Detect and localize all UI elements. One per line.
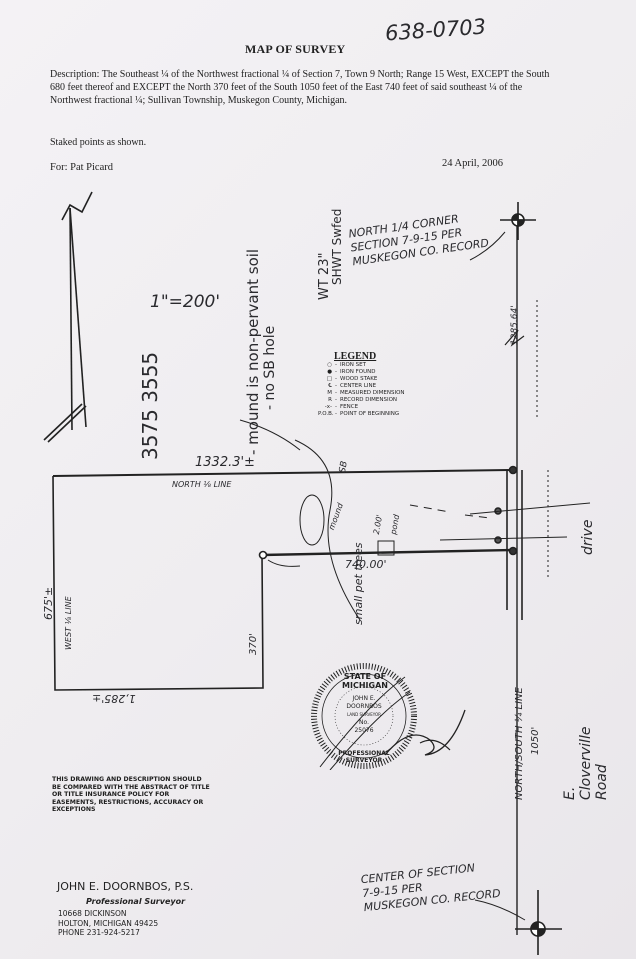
legend: LEGEND ○-IRON SET ●-IRON FOUND □-WOOD ST… xyxy=(318,353,405,418)
legend-item: ○-IRON SET xyxy=(318,362,405,369)
address-line-1: 10668 DICKINSON xyxy=(58,909,158,919)
surveyor-title: Professional Surveyor xyxy=(86,897,185,906)
inner-east-dimension: 370' xyxy=(248,633,259,655)
legend-item: ●-IRON FOUND xyxy=(318,369,405,376)
west-line-dimension: 675'± xyxy=(42,587,55,620)
surveyor-phone: PHONE 231-924-5217 xyxy=(58,928,158,938)
scale-label: 1"=200' xyxy=(150,292,220,312)
east-line-dimension-2: 1050' xyxy=(530,727,541,755)
address-line-2: HOLTON, MICHIGAN 49425 xyxy=(58,919,158,929)
mound-note: - mound is non-pervant soil xyxy=(244,249,262,455)
handwritten-numbers: 3575 3555 xyxy=(138,352,162,460)
mound-note-2: - no SB hole xyxy=(262,326,278,410)
sb-label: SB xyxy=(338,460,350,473)
north-line-dimension: 1332.3'± xyxy=(195,455,255,470)
small-trees-label: small pet trees xyxy=(352,543,365,625)
drive-label: drive xyxy=(580,520,596,555)
surveyor-address: 10668 DICKINSON HOLTON, MICHIGAN 49425 P… xyxy=(58,909,158,938)
iron-set-icon: ○ xyxy=(318,362,332,369)
legend-item: M-MEASURED DIMENSION xyxy=(318,390,405,397)
north-line-label: NORTH ⅛ LINE xyxy=(172,480,231,489)
legend-item: ℄-CENTER LINE xyxy=(318,383,405,390)
east-line-label: NORTH/SOUTH ¼ LINE xyxy=(514,687,525,800)
pob-icon: P.O.B. xyxy=(318,411,332,418)
north-arrow-icon xyxy=(44,192,92,442)
south-line-dimension: 1,285'± xyxy=(92,692,136,705)
measured-dimension-icon: M xyxy=(318,390,332,397)
legend-item: R-RECORD DIMENSION xyxy=(318,397,405,404)
east-line-dimension: 1285.64' xyxy=(510,305,520,345)
seal-state: STATE OF MICHIGAN xyxy=(330,672,400,690)
disclaimer-text: THIS DRAWING AND DESCRIPTION SHOULD BE C… xyxy=(52,776,212,814)
fence-icon: -x- xyxy=(318,404,332,411)
road-label: E. Cloverville Road xyxy=(562,726,610,800)
wt-note-2: SHWT Swfed xyxy=(330,209,344,285)
survey-map-drawing xyxy=(0,0,636,959)
signature-icon xyxy=(380,705,470,765)
record-dimension-icon: R xyxy=(318,397,332,404)
legend-title: LEGEND xyxy=(334,353,405,360)
iron-found-icon: ● xyxy=(318,369,332,376)
legend-item: -x--FENCE xyxy=(318,404,405,411)
seal-name-1: JOHN E. xyxy=(339,695,389,703)
west-line-label: WEST ⅛ LINE xyxy=(64,596,73,650)
legend-item: □-WOOD STAKE xyxy=(318,376,405,383)
legend-item: P.O.B.-POINT OF BEGINNING xyxy=(318,411,405,418)
center-line-icon: ℄ xyxy=(318,383,332,390)
surveyor-name: JOHN E. DOORNBOS, P.S. xyxy=(57,880,193,893)
wood-stake-icon: □ xyxy=(318,376,332,383)
